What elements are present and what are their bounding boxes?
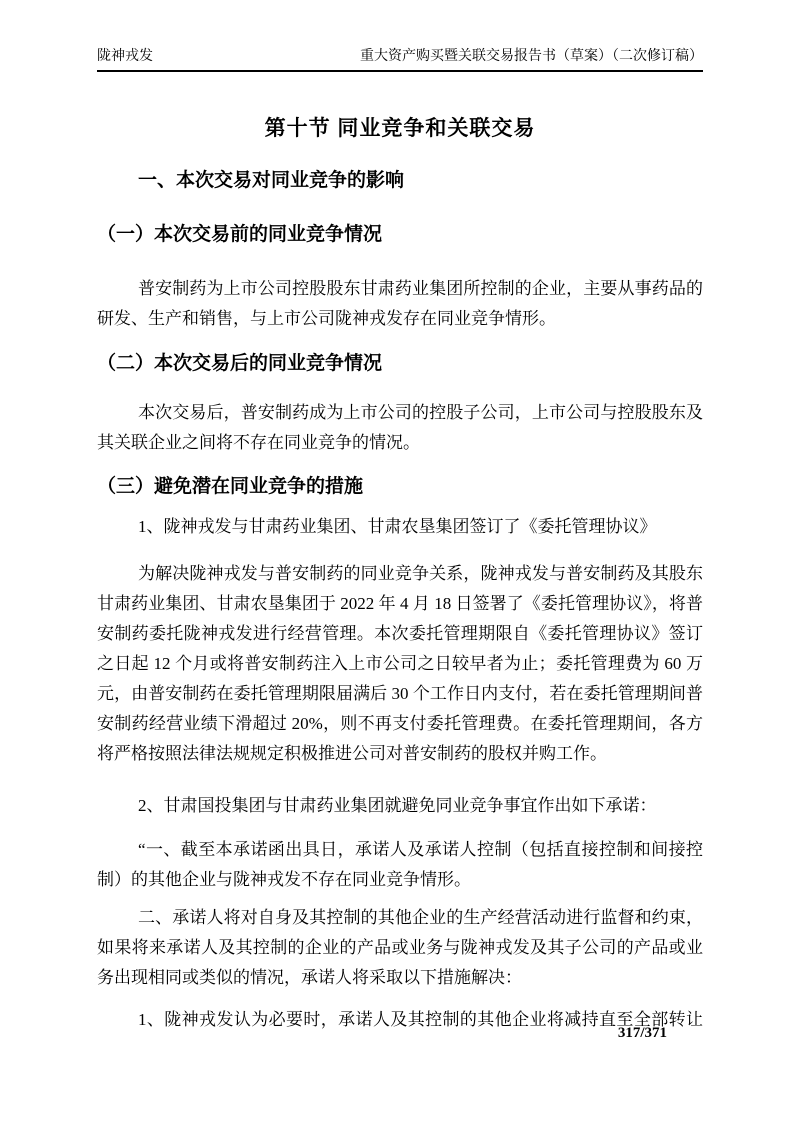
- subsection-3-item-1: 1、陇神戎发与甘肃药业集团、甘肃农垦集团签订了《委托管理协议》: [97, 512, 703, 542]
- header-report-title: 重大资产购买暨关联交易报告书（草案）（二次修订稿）: [360, 48, 703, 66]
- commitment-paragraph-1: “一、截至本承诺函出具日，承诺人及承诺人控制（包括直接控制和间接控制）的其他企业…: [97, 835, 703, 895]
- chapter-title: 第十节 同业竞争和关联交易: [97, 114, 703, 144]
- subsection-2-paragraph: 本次交易后，普安制药成为上市公司的控股子公司，上市公司与控股股东及其关联企业之间…: [97, 398, 703, 458]
- subsection-3-item-2: 2、甘肃国投集团与甘肃药业集团就避免同业竞争事宜作出如下承诺：: [97, 791, 703, 821]
- subsection-heading-1: （一）本次交易前的同业竞争情况: [97, 222, 703, 248]
- subsection-3-paragraph-1: 为解决陇神戎发与普安制药的同业竞争关系，陇神戎发与普安制药及其股东甘肃药业集团、…: [97, 559, 703, 769]
- header-company-name: 陇神戎发: [97, 48, 153, 66]
- page-header: 陇神戎发 重大资产购买暨关联交易报告书（草案）（二次修订稿）: [97, 48, 703, 72]
- document-page: 陇神戎发 重大资产购买暨关联交易报告书（草案）（二次修订稿） 第十节 同业竞争和…: [0, 0, 793, 1122]
- commitment-paragraph-2: 二、承诺人将对自身及其控制的其他企业的生产经营活动进行监督和约束，如果将来承诺人…: [97, 903, 703, 993]
- page-number: 317/371: [618, 1025, 667, 1041]
- subsection-heading-2: （二）本次交易后的同业竞争情况: [97, 351, 703, 377]
- page-content: 陇神戎发 重大资产购买暨关联交易报告书（草案）（二次修订稿） 第十节 同业竞争和…: [0, 48, 793, 1035]
- subsection-1-paragraph: 普安制药为上市公司控股股东甘肃药业集团所控制的企业，主要从事药品的研发、生产和销…: [97, 274, 703, 334]
- section-heading-1: 一、本次交易对同业竞争的影响: [97, 168, 703, 194]
- subsection-heading-3: （三）避免潜在同业竞争的措施: [97, 474, 703, 500]
- commitment-paragraph-3: 1、陇神戎发认为必要时，承诺人及其控制的其他企业将减持直至全部转让: [97, 1005, 703, 1035]
